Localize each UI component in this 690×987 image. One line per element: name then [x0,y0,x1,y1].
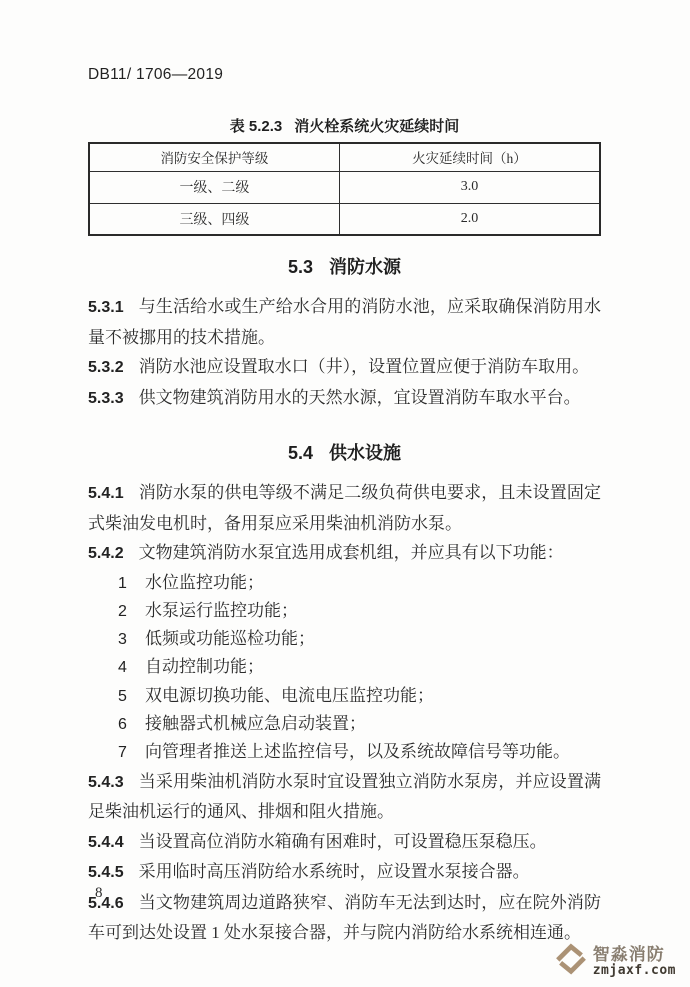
clause-5-3-2: 5.3.2消防水池应设置取水口（井），设置位置应便于消防车取用。 [88,352,601,383]
list-item-text: 低频或功能巡检功能； [145,629,315,648]
watermark-brand: 智淼消防 [593,946,676,964]
clause-text: 当文物建筑周边道路狭窄、消防车无法到达时，应在院外消防车可到达处设置 1 处水泵… [88,893,601,943]
clause-text: 当采用柴油机消防水泵时宜设置独立消防水泵房，并应设置满足柴油机运行的通风、排烟和… [88,772,601,822]
list-item-text: 水泵运行监控功能； [145,601,298,620]
table-row: 三级、四级 2.0 [89,203,600,235]
list-item-number: 1 [118,570,145,597]
zhimiao-logo-icon [554,942,588,981]
clause-5-4-4: 5.4.4当设置高位消防水箱确有困难时，可设置稳压泵稳压。 [88,827,601,858]
table-cell: 2.0 [339,203,600,235]
pump-function-list: 1水位监控功能； 2水泵运行监控功能； 3低频或功能巡检功能； 4自动控制功能；… [88,569,601,767]
table-cell: 一级、二级 [89,171,339,203]
list-item: 3低频或功能巡检功能； [88,625,601,653]
clause-number: 5.3.2 [88,359,124,376]
clause-5-4-1: 5.4.1消防水泵的供电等级不满足二级负荷供电要求，且未设置固定式柴油发电机时，… [88,478,601,538]
clause-text: 供文物建筑消防用水的天然水源，宜设置消防车取水平台。 [139,388,581,407]
watermark-text: 智淼消防 zmjaxf.com [593,946,676,977]
list-item: 7向管理者推送上述监控信号，以及系统故障信号等功能。 [88,738,601,766]
document-page: DB11/ 1706—2019 表 5.2.3消火栓系统火灾延续时间 消防安全保… [0,0,690,987]
clause-text: 消防水池应设置取水口（井），设置位置应便于消防车取用。 [139,357,590,376]
table-header-row: 消防安全保护等级 火灾延续时间（h） [89,143,600,171]
clause-number: 5.4.1 [88,485,124,502]
list-item-number: 4 [118,654,145,681]
clause-text: 文物建筑消防水泵宜选用成套机组，并应具有以下功能： [139,543,564,562]
list-item: 2水泵运行监控功能； [88,597,601,625]
clause-number: 5.4.2 [88,545,124,562]
list-item: 6接触器式机械应急启动装置； [88,710,601,738]
clause-number: 5.3.1 [88,299,124,316]
list-item-text: 向管理者推送上述监控信号，以及系统故障信号等功能。 [145,742,570,761]
clause-number: 5.3.3 [88,390,124,407]
clause-number: 5.4.3 [88,774,124,791]
section-heading-5-3: 5.3消防水源 [88,253,601,279]
section-title: 供水设施 [329,443,401,463]
list-item-text: 水位监控功能； [145,573,264,592]
table-header-cell: 火灾延续时间（h） [339,143,600,171]
list-item: 4自动控制功能； [88,653,601,681]
clause-5-3-1: 5.3.1与生活给水或生产给水合用的消防水池，应采取确保消防用水量不被挪用的技术… [88,292,601,352]
list-item-number: 5 [118,683,145,710]
doc-standard-number: DB11/ 1706—2019 [88,66,601,84]
table-cell: 三级、四级 [89,203,339,235]
table-caption-number: 表 5.2.3 [230,118,283,135]
list-item-number: 6 [118,711,145,738]
watermark: 智淼消防 zmjaxf.com [554,942,676,981]
list-item-text: 自动控制功能； [145,657,264,676]
clause-5-4-5: 5.4.5采用临时高压消防给水系统时，应设置水泵接合器。 [88,857,601,888]
clause-text: 消防水泵的供电等级不满足二级负荷供电要求，且未设置固定式柴油发电机时，备用泵应采… [88,483,601,533]
list-item: 5双电源切换功能、电流电压监控功能； [88,682,601,710]
table-caption: 表 5.2.3消火栓系统火灾延续时间 [88,115,601,136]
clause-text: 与生活给水或生产给水合用的消防水池，应采取确保消防用水量不被挪用的技术措施。 [88,297,601,347]
clause-number: 5.4.5 [88,864,124,881]
clause-number: 5.4.6 [88,895,124,912]
clause-number: 5.4.4 [88,834,124,851]
list-item: 1水位监控功能； [88,569,601,597]
section-number: 5.4 [288,443,313,463]
list-item-text: 双电源切换功能、电流电压监控功能； [145,686,434,705]
page-content: DB11/ 1706—2019 表 5.2.3消火栓系统火灾延续时间 消防安全保… [0,0,690,948]
list-item-number: 3 [118,626,145,653]
list-item-number: 2 [118,598,145,625]
list-item-number: 7 [118,739,145,766]
clause-text: 当设置高位消防水箱确有困难时，可设置稳压泵稳压。 [139,832,547,851]
table-row: 一级、二级 3.0 [89,171,600,203]
clause-5-4-2: 5.4.2文物建筑消防水泵宜选用成套机组，并应具有以下功能： [88,538,601,569]
page-number: 8 [95,885,103,902]
table-cell: 3.0 [339,171,600,203]
section-heading-5-4: 5.4供水设施 [88,439,601,465]
clause-5-4-6: 5.4.6当文物建筑周边道路狭窄、消防车无法到达时，应在院外消防车可到达处设置 … [88,888,601,948]
list-item-text: 接触器式机械应急启动装置； [145,714,366,733]
watermark-site: zmjaxf.com [593,964,676,978]
section-number: 5.3 [288,257,313,277]
clause-text: 采用临时高压消防给水系统时，应设置水泵接合器。 [139,862,530,881]
clause-5-3-3: 5.3.3供文物建筑消防用水的天然水源，宜设置消防车取水平台。 [88,383,601,414]
table-caption-title: 消火栓系统火灾延续时间 [294,118,459,135]
clause-5-4-3: 5.4.3当采用柴油机消防水泵时宜设置独立消防水泵房，并应设置满足柴油机运行的通… [88,767,601,827]
table-header-cell: 消防安全保护等级 [89,143,339,171]
section-title: 消防水源 [329,257,401,277]
fire-duration-table: 消防安全保护等级 火灾延续时间（h） 一级、二级 3.0 三级、四级 2.0 [88,142,601,236]
